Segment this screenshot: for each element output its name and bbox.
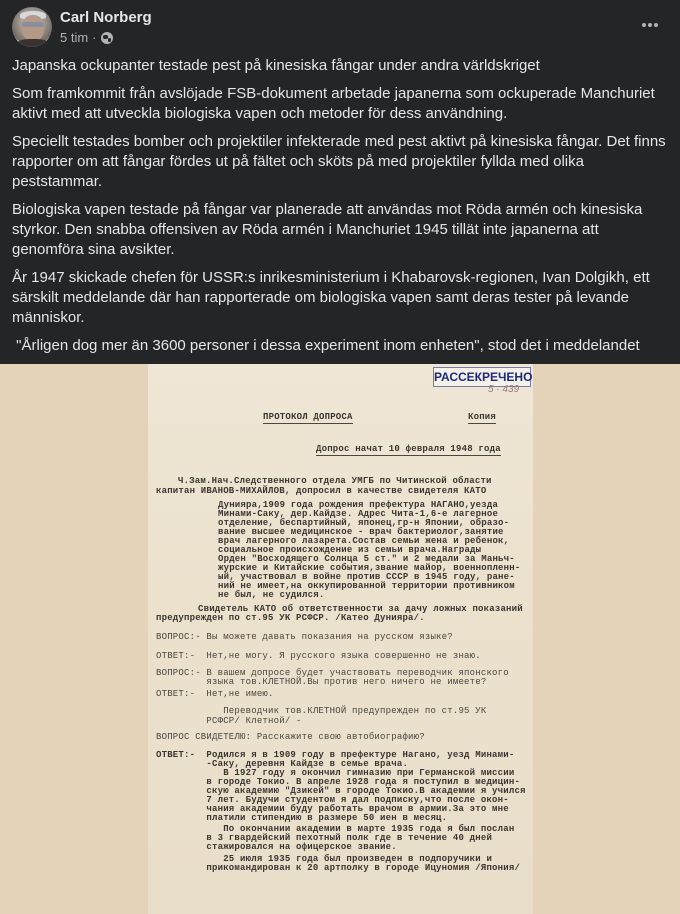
post-paragraph: Biologiska vapen testade på fångar var p… (12, 200, 672, 260)
avatar-face (22, 15, 44, 41)
doc-line: капитан ИВАНОВ-МИХАЙЛОВ, допросил в каче… (156, 486, 486, 496)
doc-line: Ч.Зам.Нач.Следственного отдела УМГБ по Ч… (178, 476, 492, 486)
doc-line: стажировался на офицерское звание. (156, 842, 397, 852)
globe-icon[interactable] (101, 32, 113, 44)
post-photo[interactable]: РАССЕКРЕЧЕНО 5 · 439 ПРОТОКОЛ ДОПРОСА Ко… (0, 364, 680, 914)
more-options-icon (654, 23, 658, 27)
doc-line: ОТВЕТ:- Нет,не имею. (156, 689, 274, 699)
doc-date: Допрос начат 10 февраля 1948 года (316, 444, 501, 456)
post-meta: 5 tim · (60, 30, 113, 45)
post-text: Japanska ockupanter testade pest på kine… (12, 56, 672, 364)
avatar[interactable] (12, 7, 52, 47)
doc-line: прикомандирован к 20 артполку в городе И… (156, 863, 520, 873)
meta-separator: · (92, 30, 96, 45)
doc-title: ПРОТОКОЛ ДОПРОСА (263, 412, 353, 424)
doc-line: языка тов.КЛЕТНОЙ.Вы против него ничего … (156, 677, 486, 687)
more-options-icon (648, 23, 652, 27)
document-scan: РАССЕКРЕЧЕНО 5 · 439 ПРОТОКОЛ ДОПРОСА Ко… (148, 364, 533, 914)
author-name[interactable]: Carl Norberg (60, 9, 152, 26)
post-paragraph: År 1947 skickade chefen för USSR:s inrik… (12, 268, 672, 328)
post-paragraph: "Årligen dog mer än 3600 personer i dess… (12, 336, 672, 356)
doc-copy-label: Копия (468, 412, 496, 424)
handwritten-number: 5 · 439 (488, 384, 519, 395)
doc-line: не был, не судился. (218, 590, 324, 600)
doc-line: ОТВЕТ:- Нет,не могу. Я русского языка со… (156, 651, 481, 661)
post-header: Carl Norberg 5 tim · (0, 0, 680, 56)
doc-line: РСФСР/ Клетной/ - (156, 716, 302, 726)
doc-line: Переводчик тов.КЛЕТНОЙ предупрежден по с… (156, 706, 486, 716)
doc-line: предупрежден по ст.95 УК РСФСР. /Катео Д… (156, 613, 425, 623)
post-paragraph: Som framkommit från avslöjade FSB-dokume… (12, 84, 672, 124)
post-time[interactable]: 5 tim (60, 30, 88, 45)
avatar-shirt (16, 39, 50, 47)
more-options-icon (642, 23, 646, 27)
post-paragraph: Japanska ockupanter testade pest på kine… (12, 56, 672, 76)
doc-line: ВОПРОС:- Вы можете давать показания на р… (156, 632, 453, 642)
post-paragraph: Speciellt testades bomber och projektile… (12, 132, 672, 192)
doc-line: ВОПРОС СВИДЕТЕЛЮ: Расскажите свою автоби… (156, 732, 425, 742)
avatar-glasses (22, 22, 44, 27)
more-options-button[interactable] (636, 14, 664, 36)
doc-line: платили стипендию в размере 50 иен в мес… (156, 813, 447, 823)
